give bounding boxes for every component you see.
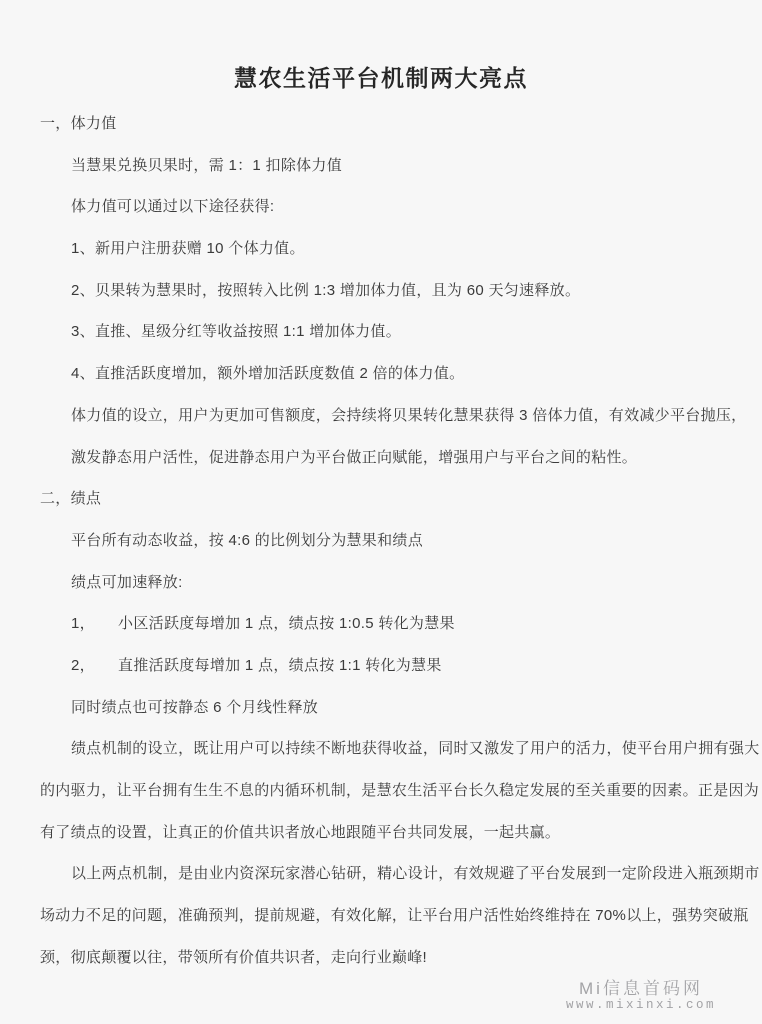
watermark: Mi信息首码网 www.mixinxi.com — [566, 979, 716, 1012]
text-line: 场动力不足的问题，准确预判，提前规避，有效化解，让平台用户活性始终维持在 70%… — [40, 895, 722, 937]
list-item: 2， 直推活跃度每增加 1 点，绩点按 1:1 转化为慧果 — [40, 645, 722, 687]
text-line: 同时绩点也可按静态 6 个月线性释放 — [40, 687, 722, 729]
watermark-site-name: Mi信息首码网 — [566, 979, 716, 998]
document-body: 一，体力值 当慧果兑换贝果时，需 1：1 扣除体力值 体力值可以通过以下途径获得… — [0, 103, 762, 978]
text-line: 体力值可以通过以下途径获得: — [40, 186, 722, 228]
section-heading-1: 一，体力值 — [40, 103, 722, 145]
list-item: 3、直推、星级分红等收益按照 1:1 增加体力值。 — [40, 311, 722, 353]
section-heading-2: 二，绩点 — [40, 478, 722, 520]
list-item: 1， 小区活跃度每增加 1 点，绩点按 1:0.5 转化为慧果 — [40, 603, 722, 645]
text-line: 平台所有动态收益，按 4:6 的比例划分为慧果和绩点 — [40, 520, 722, 562]
text-line: 绩点机制的设立，既让用户可以持续不断地获得收益，同时又激发了用户的活力，使平台用… — [40, 728, 722, 770]
list-item: 4、直推活跃度增加，额外增加活跃度数值 2 倍的体力值。 — [40, 353, 722, 395]
list-item: 2、贝果转为慧果时，按照转入比例 1:3 增加体力值，且为 60 天匀速释放。 — [40, 270, 722, 312]
text-line: 的内驱力，让平台拥有生生不息的内循环机制，是慧农生活平台长久稳定发展的至关重要的… — [40, 770, 722, 812]
text-line: 绩点可加速释放: — [40, 562, 722, 604]
text-line: 以上两点机制，是由业内资深玩家潜心钻研，精心设计，有效规避了平台发展到一定阶段进… — [40, 853, 722, 895]
text-line: 当慧果兑换贝果时，需 1：1 扣除体力值 — [40, 145, 722, 187]
text-line: 激发静态用户活性，促进静态用户为平台做正向赋能，增强用户与平台之间的粘性。 — [40, 437, 722, 479]
watermark-site-url: www.mixinxi.com — [566, 998, 716, 1012]
text-line: 体力值的设立，用户为更加可售额度，会持续将贝果转化慧果获得 3 倍体力值，有效减… — [40, 395, 722, 437]
text-line: 有了绩点的设置，让真正的价值共识者放心地跟随平台共同发展，一起共赢。 — [40, 812, 722, 854]
list-item: 1、新用户注册获赠 10 个体力值。 — [40, 228, 722, 270]
text-line: 颈，彻底颠覆以往，带领所有价值共识者，走向行业巅峰! — [40, 937, 722, 979]
document-page: 慧农生活平台机制两大亮点 一，体力值 当慧果兑换贝果时，需 1：1 扣除体力值 … — [0, 0, 762, 1024]
document-title: 慧农生活平台机制两大亮点 — [0, 0, 762, 94]
